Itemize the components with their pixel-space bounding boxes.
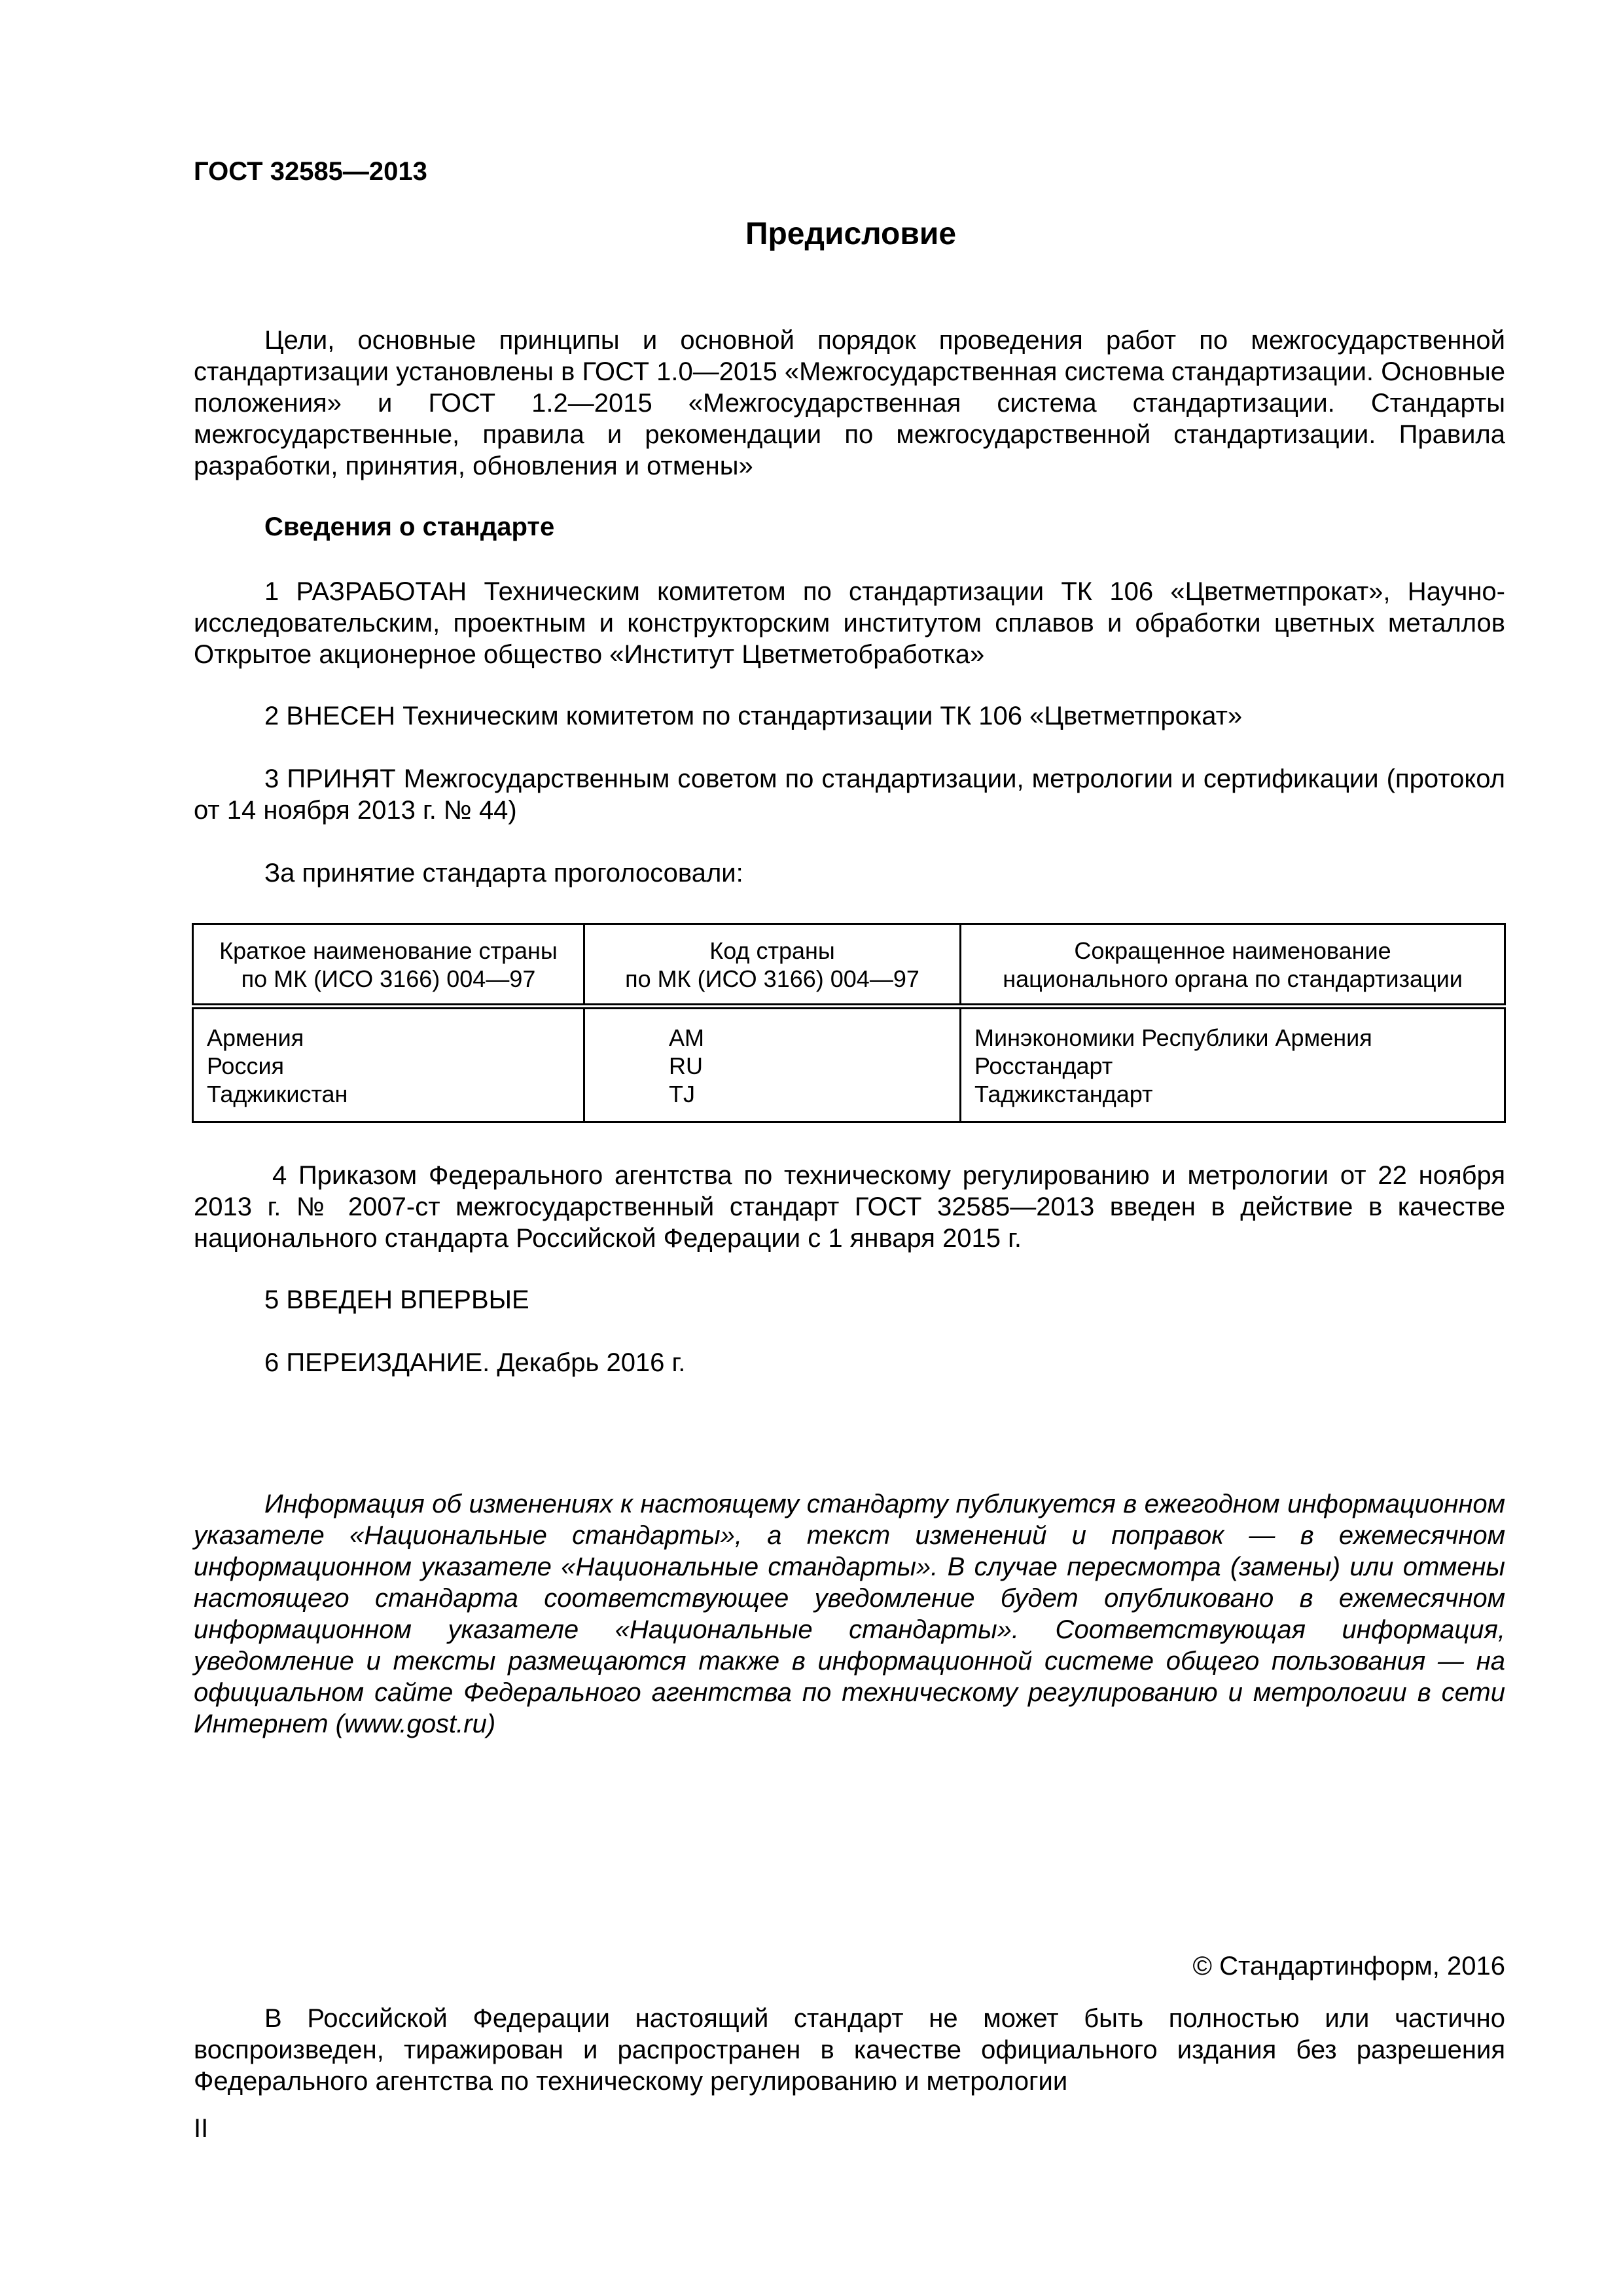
header-country-code: Код страны по МК (ИСО 3166) 004—97 xyxy=(584,924,961,1007)
country-codes-cell: AM RU TJ xyxy=(584,1007,961,1122)
national-body: Росстандарт xyxy=(974,1052,1491,1080)
country-code: AM xyxy=(669,1024,946,1052)
table-row: Армения Россия Таджикистан AM RU TJ Минэ… xyxy=(193,1007,1505,1122)
item-6-reissue: 6 ПЕРЕИЗДАНИЕ. Декабрь 2016 г. xyxy=(264,1347,685,1378)
item-3-adopted: 3 ПРИНЯТ Межгосударственным советом по с… xyxy=(194,763,1505,826)
voted-label: За принятие стандарта проголосовали: xyxy=(264,857,743,889)
country-name: Армения xyxy=(207,1024,570,1052)
copyright: © Стандартинформ, 2016 xyxy=(1193,1952,1506,1981)
national-body: Таджикстандарт xyxy=(974,1080,1491,1108)
country-code: TJ xyxy=(669,1080,946,1108)
page-number: II xyxy=(194,2114,208,2144)
table-header-row: Краткое наименование страны по МК (ИСО 3… xyxy=(193,924,1505,1007)
country-names-cell: Армения Россия Таджикистан xyxy=(193,1007,584,1122)
voting-countries-table: Краткое наименование страны по МК (ИСО 3… xyxy=(192,923,1506,1123)
item-2-introduced: 2 ВНЕСЕН Техническим комитетом по станда… xyxy=(194,700,1505,732)
item-4-order: 4 Приказом Федерального агентства по тех… xyxy=(194,1160,1505,1254)
section-heading: Сведения о стандарте xyxy=(264,512,554,542)
header-country-name: Краткое наименование страны по МК (ИСО 3… xyxy=(193,924,584,1007)
national-body: Минэкономики Республики Армения xyxy=(974,1024,1491,1052)
country-name: Россия xyxy=(207,1052,570,1080)
country-name: Таджикистан xyxy=(207,1080,570,1108)
header-national-body: Сокращенное наименование национального о… xyxy=(961,924,1505,1007)
national-bodies-cell: Минэкономики Республики Армения Росстанд… xyxy=(961,1007,1505,1122)
document-code: ГОСТ 32585—2013 xyxy=(194,157,427,187)
legal-notice: В Российской Федерации настоящий стандар… xyxy=(194,2003,1505,2097)
intro-paragraph: Цели, основные принципы и основной поряд… xyxy=(194,325,1505,482)
amendments-notice: Информация об изменениях к настоящему ст… xyxy=(194,1488,1505,1740)
page-title: Предисловие xyxy=(0,216,1623,252)
country-code: RU xyxy=(669,1052,946,1080)
item-1-developed: 1 РАЗРАБОТАН Техническим комитетом по ст… xyxy=(194,576,1505,670)
item-5-first-introduced: 5 ВВЕДЕН ВПЕРВЫЕ xyxy=(264,1284,529,1316)
